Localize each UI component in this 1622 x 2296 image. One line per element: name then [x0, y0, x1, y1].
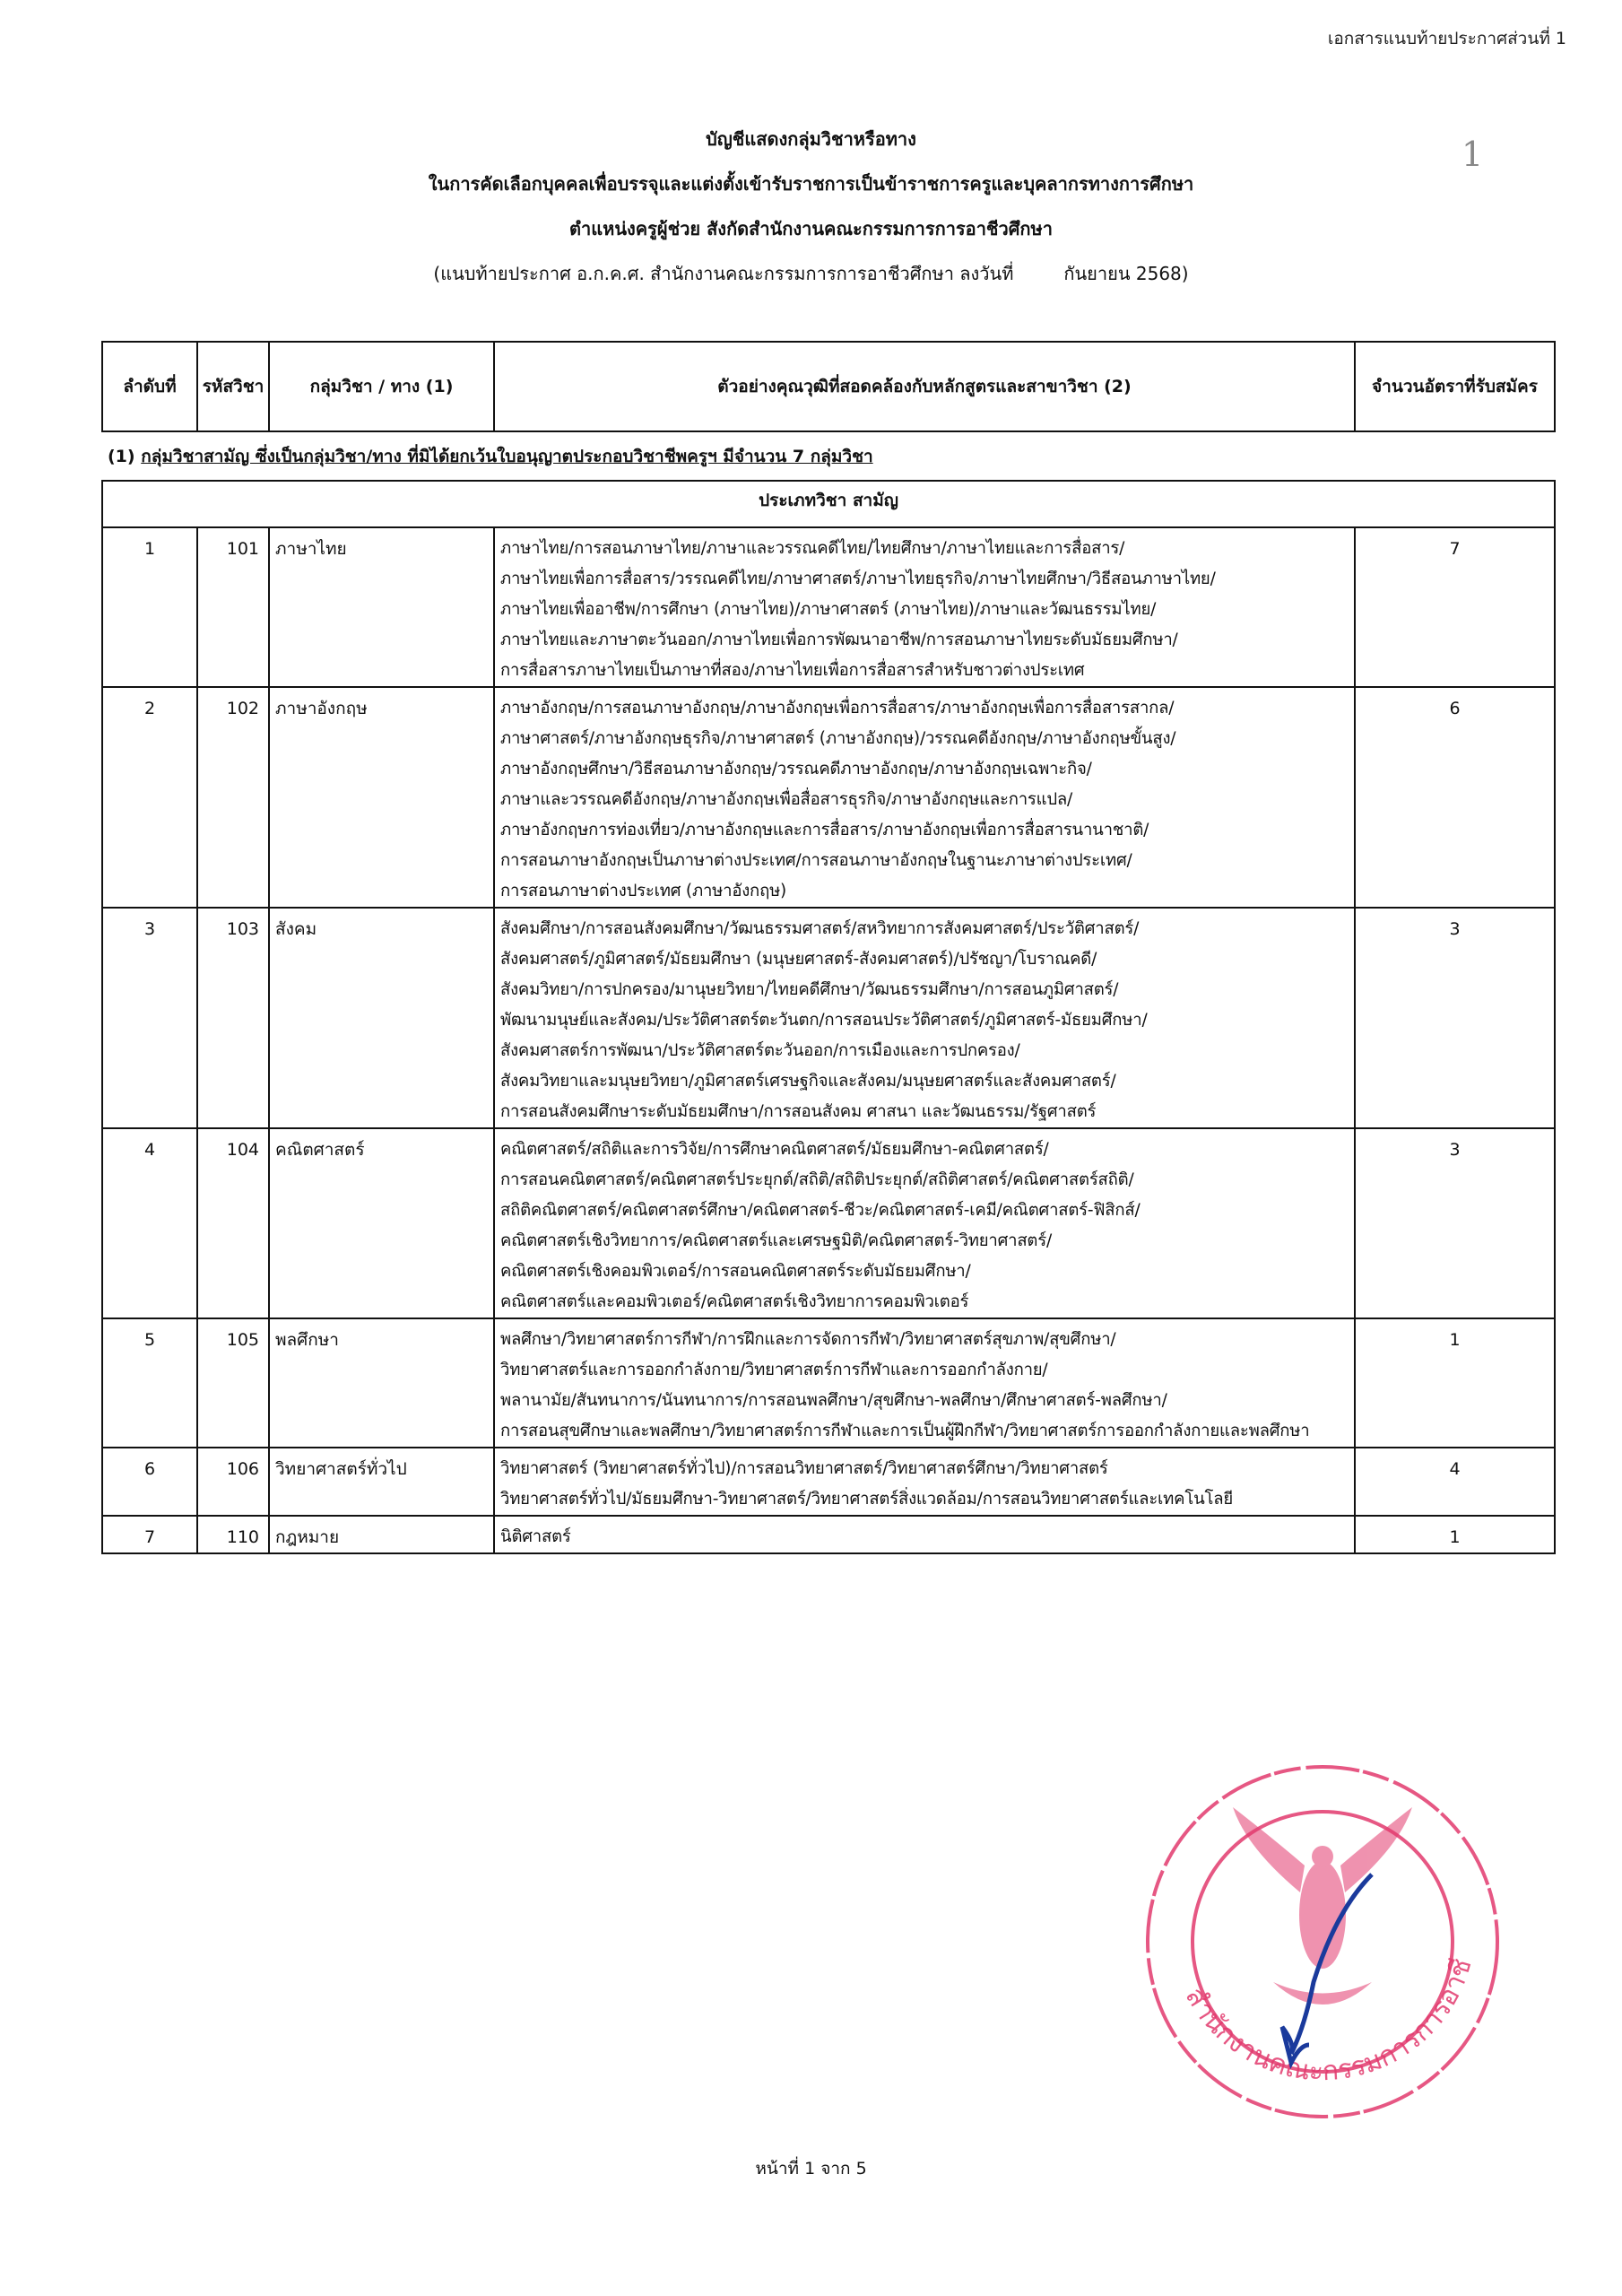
row-group-name: กฎหมาย [269, 1516, 494, 1553]
table-row: 6106วิทยาศาสตร์ทั่วไปวิทยาศาสตร์ (วิทยาศ… [102, 1448, 1555, 1516]
row-qualifications: พลศึกษา/วิทยาศาสตร์การกีฬา/การฝึกและการจ… [494, 1318, 1355, 1448]
table-row: 5105พลศึกษาพลศึกษา/วิทยาศาสตร์การกีฬา/กา… [102, 1318, 1555, 1448]
row-group-name: ภาษาไทย [269, 527, 494, 687]
qualification-line: นิติศาสตร์ [500, 1522, 1349, 1552]
row-order: 2 [102, 687, 197, 908]
qualification-line: คณิตศาสตร์และคอมพิวเตอร์/คณิตศาสตร์เชิงว… [500, 1287, 1349, 1318]
row-order: 4 [102, 1128, 197, 1318]
document-subtitle: (แนบท้ายประกาศ อ.ก.ค.ศ. สำนักงานคณะกรรมก… [0, 251, 1622, 296]
title-line-1: บัญชีแสดงกลุ่มวิชาหรือทาง [0, 117, 1622, 161]
document-title-block: บัญชีแสดงกลุ่มวิชาหรือทาง ในการคัดเลือกบ… [0, 117, 1622, 296]
row-code: 104 [197, 1128, 269, 1318]
qualification-line: ภาษาอังกฤษ/การสอนภาษาอังกฤษ/ภาษาอังกฤษเพ… [500, 693, 1349, 724]
section-label: (1) กลุ่มวิชาสามัญ ซึ่งเป็นกลุ่มวิชา/ทาง… [108, 443, 873, 470]
row-code: 103 [197, 908, 269, 1128]
qualification-line: ภาษาและวรรณคดีอังกฤษ/ภาษาอังกฤษเพื่อสื่อ… [500, 785, 1349, 815]
qualification-line: การสื่อสารภาษาไทยเป็นภาษาที่สอง/ภาษาไทยเ… [500, 656, 1349, 686]
qualification-line: คณิตศาสตร์เชิงคอมพิวเตอร์/การสอนคณิตศาสต… [500, 1257, 1349, 1287]
row-order: 1 [102, 527, 197, 687]
qualification-line: ภาษาศาสตร์/ภาษาอังกฤษธุรกิจ/ภาษาศาสตร์ (… [500, 724, 1349, 754]
qualification-line: คณิตศาสตร์/สถิติและการวิจัย/การศึกษาคณิต… [500, 1135, 1349, 1165]
row-positions: 1 [1355, 1516, 1555, 1553]
qualification-line: พัฒนามนุษย์และสังคม/ประวัติศาสตร์ตะวันตก… [500, 1005, 1349, 1036]
row-order: 6 [102, 1448, 197, 1516]
qualification-line: การสอนภาษาต่างประเทศ (ภาษาอังกฤษ) [500, 876, 1349, 907]
header-code: รหัสวิชา [197, 342, 269, 431]
qualification-line: สังคมศึกษา/การสอนสังคมศึกษา/วัฒนธรรมศาสต… [500, 914, 1349, 944]
row-group-name: วิทยาศาสตร์ทั่วไป [269, 1448, 494, 1516]
header-group: กลุ่มวิชา / ทาง (1) [269, 342, 494, 431]
qualification-line: ภาษาอังกฤษการท่องเที่ยว/ภาษาอังกฤษและการ… [500, 815, 1349, 846]
header-order: ลำดับที่ [102, 342, 197, 431]
seal-rings-icon [1148, 1767, 1497, 2117]
section-prefix: (1) [108, 447, 141, 466]
section-title: กลุ่มวิชาสามัญ ซึ่งเป็นกลุ่มวิชา/ทาง ที่… [141, 447, 872, 466]
table-row: 7110กฎหมายนิติศาสตร์1 [102, 1516, 1555, 1553]
row-code: 101 [197, 527, 269, 687]
subtitle-part-2: กันยายน 2568) [1063, 263, 1188, 284]
row-positions: 6 [1355, 687, 1555, 908]
attachment-note: เอกสารแนบท้ายประกาศส่วนที่ 1 [1328, 25, 1566, 52]
official-seal-stamp: สำนักงานคณะกรรมการการอาชีวศึกษา [1139, 1758, 1515, 2135]
row-order: 7 [102, 1516, 197, 1553]
table-row: 4104คณิตศาสตร์คณิตศาสตร์/สถิติและการวิจั… [102, 1128, 1555, 1318]
row-code: 110 [197, 1516, 269, 1553]
qualification-line: คณิตศาสตร์เชิงวิทยาการ/คณิตศาสตร์และเศรษ… [500, 1226, 1349, 1257]
qualification-line: การสอนสังคมศึกษาระดับมัธยมศึกษา/การสอนสั… [500, 1097, 1349, 1127]
row-positions: 4 [1355, 1448, 1555, 1516]
qualification-line: ภาษาอังกฤษศึกษา/วิธีสอนภาษาอังกฤษ/วรรณคด… [500, 754, 1349, 785]
qualification-line: สถิติคณิตศาสตร์/คณิตศาสตร์ศึกษา/คณิตศาสต… [500, 1196, 1349, 1226]
row-group-name: สังคม [269, 908, 494, 1128]
qualification-line: วิทยาศาสตร์และการออกกำลังกาย/วิทยาศาสตร์… [500, 1355, 1349, 1386]
row-qualifications: นิติศาสตร์ [494, 1516, 1355, 1553]
row-group-name: ภาษาอังกฤษ [269, 687, 494, 908]
title-line-2: ในการคัดเลือกบุคคลเพื่อบรรจุและแต่งตั้งเ… [0, 161, 1622, 206]
row-group-name: คณิตศาสตร์ [269, 1128, 494, 1318]
row-qualifications: คณิตศาสตร์/สถิติและการวิจัย/การศึกษาคณิต… [494, 1128, 1355, 1318]
row-code: 102 [197, 687, 269, 908]
qualification-line: ภาษาไทยเพื่อการสื่อสาร/วรรณคดีไทย/ภาษาศา… [500, 564, 1349, 595]
row-order: 3 [102, 908, 197, 1128]
signature-icon [1282, 1874, 1372, 2063]
page-footer: หน้าที่ 1 จาก 5 [0, 2155, 1622, 2182]
qualification-line: ภาษาไทยเพื่ออาชีพ/การศึกษา (ภาษาไทย)/ภาษ… [500, 595, 1349, 625]
title-line-3: ตำแหน่งครูผู้ช่วย สังกัดสำนักงานคณะกรรมก… [0, 206, 1622, 251]
table-row: 1101ภาษาไทยภาษาไทย/การสอนภาษาไทย/ภาษาและ… [102, 527, 1555, 687]
category-row: ประเภทวิชา สามัญ [102, 481, 1555, 527]
row-group-name: พลศึกษา [269, 1318, 494, 1448]
row-code: 105 [197, 1318, 269, 1448]
subtitle-part-1: (แนบท้ายประกาศ อ.ก.ค.ศ. สำนักงานคณะกรรมก… [433, 263, 1013, 284]
table-header: ลำดับที่ รหัสวิชา กลุ่มวิชา / ทาง (1) ตั… [101, 341, 1556, 432]
qualification-line: วิทยาศาสตร์ทั่วไป/มัธยมศึกษา-วิทยาศาสตร์… [500, 1484, 1349, 1515]
row-code: 106 [197, 1448, 269, 1516]
table-row: 3103สังคมสังคมศึกษา/การสอนสังคมศึกษา/วัฒ… [102, 908, 1555, 1128]
subject-table: ประเภทวิชา สามัญ 1101ภาษาไทยภาษาไทย/การส… [101, 480, 1556, 1554]
row-qualifications: ภาษาไทย/การสอนภาษาไทย/ภาษาและวรรณคดีไทย/… [494, 527, 1355, 687]
qualification-line: พลศึกษา/วิทยาศาสตร์การกีฬา/การฝึกและการจ… [500, 1325, 1349, 1355]
svg-text:สำนักงานคณะกรรมการการอาชีวศึกษ: สำนักงานคณะกรรมการการอาชีวศึกษา [1139, 1758, 1479, 2087]
qualification-line: ภาษาไทยและภาษาตะวันออก/ภาษาไทยเพื่อการพั… [500, 625, 1349, 656]
qualification-line: ภาษาไทย/การสอนภาษาไทย/ภาษาและวรรณคดีไทย/… [500, 534, 1349, 564]
qualification-line: สังคมวิทยาและมนุษยวิทยา/ภูมิศาสตร์เศรษฐก… [500, 1066, 1349, 1097]
row-positions: 3 [1355, 1128, 1555, 1318]
qualification-line: การสอนภาษาอังกฤษเป็นภาษาต่างประเทศ/การสอ… [500, 846, 1349, 876]
row-order: 5 [102, 1318, 197, 1448]
qualification-line: สังคมศาสตร์การพัฒนา/ประวัติศาสตร์ตะวันออ… [500, 1036, 1349, 1066]
header-positions: จำนวนอัตราที่รับสมัคร [1355, 342, 1555, 431]
row-positions: 7 [1355, 527, 1555, 687]
row-positions: 1 [1355, 1318, 1555, 1448]
row-positions: 3 [1355, 908, 1555, 1128]
row-qualifications: วิทยาศาสตร์ (วิทยาศาสตร์ทั่วไป)/การสอนวิ… [494, 1448, 1355, 1516]
row-qualifications: สังคมศึกษา/การสอนสังคมศึกษา/วัฒนธรรมศาสต… [494, 908, 1355, 1128]
row-qualifications: ภาษาอังกฤษ/การสอนภาษาอังกฤษ/ภาษาอังกฤษเพ… [494, 687, 1355, 908]
qualification-line: วิทยาศาสตร์ (วิทยาศาสตร์ทั่วไป)/การสอนวิ… [500, 1454, 1349, 1484]
qualification-line: สังคมวิทยา/การปกครอง/มานุษยวิทยา/ไทยคดีศ… [500, 975, 1349, 1005]
garuda-emblem-icon [1233, 1807, 1412, 2005]
table-row: 2102ภาษาอังกฤษภาษาอังกฤษ/การสอนภาษาอังกฤ… [102, 687, 1555, 908]
header-qualifications: ตัวอย่างคุณวุฒิที่สอดคล้องกับหลักสูตรและ… [494, 342, 1355, 431]
qualification-line: พลานามัย/สันทนาการ/นันทนาการ/การสอนพลศึก… [500, 1386, 1349, 1416]
qualification-line: การสอนคณิตศาสตร์/คณิตศาสตร์ประยุกต์/สถิต… [500, 1165, 1349, 1196]
qualification-line: การสอนสุขศึกษาและพลศึกษา/วิทยาศาสตร์การก… [500, 1416, 1349, 1447]
qualification-line: สังคมศาสตร์/ภูมิศาสตร์/มัธยมศึกษา (มนุษย… [500, 944, 1349, 975]
